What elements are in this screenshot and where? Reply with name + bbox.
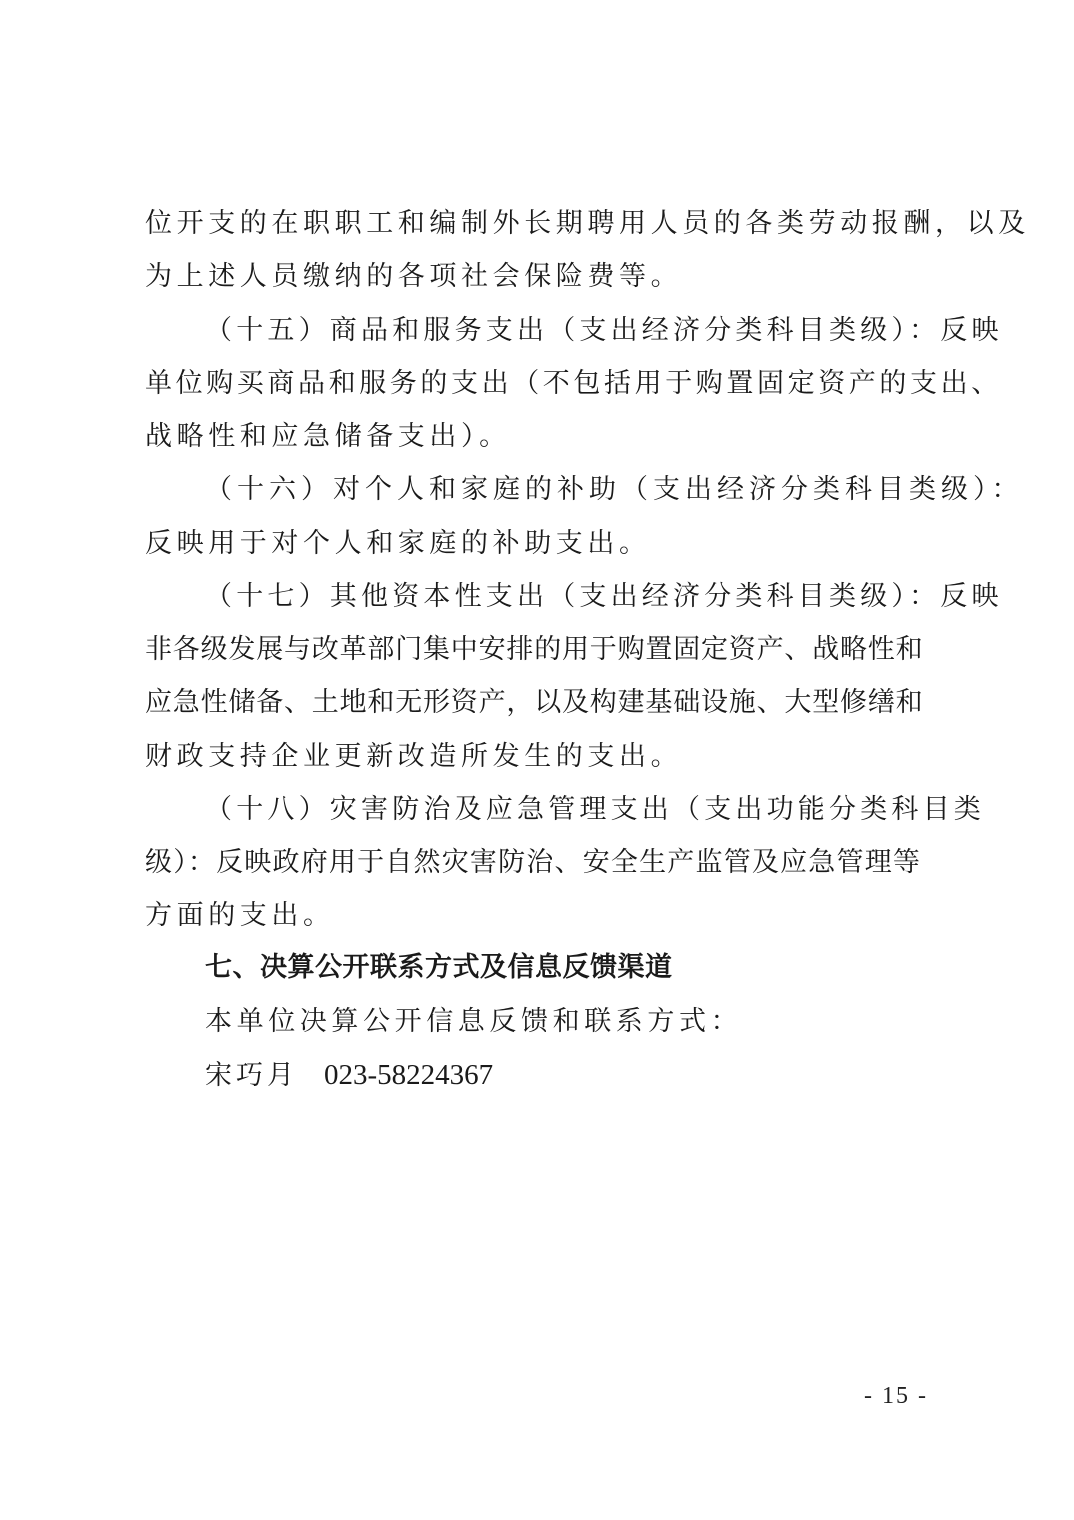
body-text-line: 非各级发展与改革部门集中安排的用于购置固定资产、战略性和 <box>145 630 945 670</box>
item-15-title-line: （十五）商品和服务支出（支出经济分类科目类级）：反映 <box>205 311 1005 351</box>
item-18-title-line: （十八）灾害防治及应急管理支出（支出功能分类科目类 <box>205 790 1005 830</box>
contact-phone: 023-58224367 <box>324 1059 493 1091</box>
body-text-line: 方面的支出。 <box>145 896 945 936</box>
body-text-line: 为上述人员缴纳的各项社会保险费等。 <box>145 257 945 297</box>
contact-line: 宋巧月023-58224367 <box>205 1055 1005 1095</box>
item-17-title-line: （十七）其他资本性支出（支出经济分类科目类级）：反映 <box>205 577 1005 617</box>
body-text-line: 级）：反映政府用于自然灾害防治、安全生产监管及应急管理等 <box>145 843 945 883</box>
body-text-line: 单位购买商品和服务的支出（不包括用于购置固定资产的支出、 <box>145 364 945 404</box>
document-page: 位开支的在职职工和编制外长期聘用人员的各类劳动报酬，以及 为上述人员缴纳的各项社… <box>0 0 1074 1520</box>
body-text-line: 战略性和应急储备支出）。 <box>145 417 945 457</box>
body-text-line: 位开支的在职职工和编制外长期聘用人员的各类劳动报酬，以及 <box>145 204 945 244</box>
page-number: - 15 - <box>864 1381 928 1411</box>
contact-intro: 本单位决算公开信息反馈和联系方式： <box>205 1002 1005 1042</box>
contact-name: 宋巧月 <box>205 1060 298 1091</box>
body-text-line: 财政支持企业更新改造所发生的支出。 <box>145 737 945 777</box>
body-text-line: 反映用于对个人和家庭的补助支出。 <box>145 524 945 564</box>
body-text-line: 应急性储备、土地和无形资产，以及构建基础设施、大型修缮和 <box>145 683 945 723</box>
item-16-title-line: （十六）对个人和家庭的补助（支出经济分类科目类级）： <box>205 470 1005 510</box>
section-7-heading: 七、决算公开联系方式及信息反馈渠道 <box>205 948 1005 988</box>
